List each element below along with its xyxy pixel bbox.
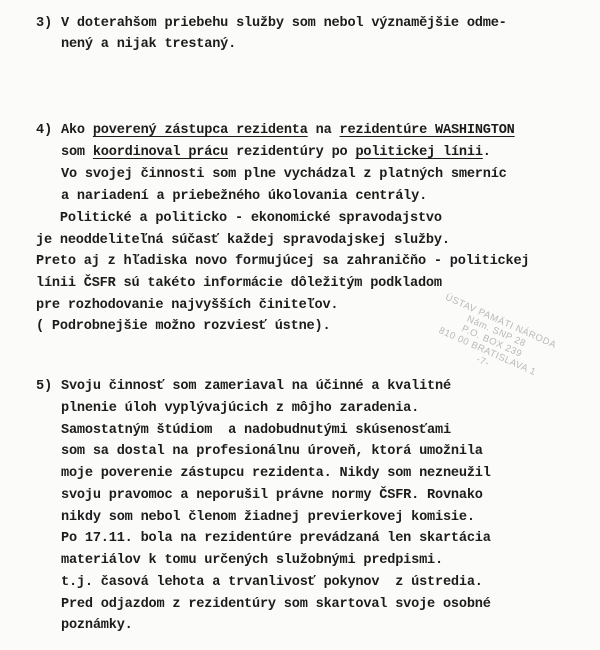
section-5-line-9: materiálov k tomu určených služobnými pr…: [61, 552, 443, 570]
section-4-line-2: som koordinoval prácu rezidentúry po pol…: [61, 144, 491, 162]
section-5-line-4: som sa dostal na profesionálnu úroveň, k…: [61, 443, 483, 461]
section-5-line-7: nikdy som nebol členom žiadnej previerko…: [61, 509, 475, 527]
underlined-line: politickej línii: [355, 145, 482, 160]
section-5-line-11: Pred odjazdom z rezidentúry som skartova…: [61, 596, 491, 614]
section-5-line-10: t.j. časová lehota a trvanlivosť pokynov…: [61, 574, 483, 592]
underlined-role: poverený zástupca rezidenta: [93, 123, 308, 138]
underlined-station: rezidentúre WASHINGTON: [340, 123, 515, 138]
document-page: 3) V doterahšom priebehu služby som nebo…: [0, 0, 600, 650]
section-5-line-8: Po 17.11. bola na rezidentúre prevádzaná…: [61, 530, 491, 548]
section-4-line-1: Ako poverený zástupca rezidenta na rezid…: [61, 122, 515, 140]
section-4-line-10: ( Podrobnejšie možno rozviesť ústne).: [36, 318, 330, 336]
section-3-line-1: V doterahšom priebehu služby som nebol v…: [61, 15, 507, 33]
section-number-3: 3): [36, 15, 52, 33]
section-5-line-3: Samostatným štúdiom a nadobudnutými skús…: [61, 422, 451, 440]
section-4-line-4: a nariadení a priebežného úkolovania cen…: [61, 188, 427, 206]
text: Ako: [61, 123, 93, 138]
section-3-line-2: nený a nijak trestaný.: [61, 36, 236, 54]
section-5-line-12: poznámky.: [61, 617, 133, 635]
section-number-5: 5): [36, 378, 52, 396]
text: .: [483, 145, 491, 160]
section-4-line-8: línii ČSFR sú takéto informácie dôležitý…: [36, 275, 442, 293]
section-4-line-9: pre rozhodovanie najvyšších činiteľov.: [36, 297, 338, 315]
text: som: [61, 145, 93, 160]
section-4-line-7: Preto aj z hľadiska novo formujúcej sa z…: [36, 253, 529, 271]
section-4-line-3: Vo svojej činnosti som plne vychádzal z …: [61, 166, 507, 184]
section-number-4: 4): [36, 122, 52, 140]
text: na: [308, 123, 340, 138]
section-5-line-5: moje poverenie zástupcu rezidenta. Nikdy…: [61, 465, 491, 483]
section-4-line-6: je neoddeliteľná súčasť každej spravodaj…: [36, 232, 450, 250]
underlined-duty: koordinoval prácu: [93, 145, 228, 160]
section-5-line-6: svoju pravomoc a neporušil právne normy …: [61, 487, 483, 505]
section-5-line-2: plnenie úloh vyplývajúcich z môjho zarad…: [61, 400, 419, 418]
archive-stamp: ÚSTAV PAMÄTI NÁRODA Nám. SNP 28 P.O. BOX…: [426, 292, 558, 391]
section-4-line-5: Politické a politicko - ekonomické sprav…: [36, 210, 442, 228]
section-5-line-1: Svoju činnosť som zameriaval na účinné a…: [61, 378, 451, 396]
text: rezidentúry po: [228, 145, 355, 160]
